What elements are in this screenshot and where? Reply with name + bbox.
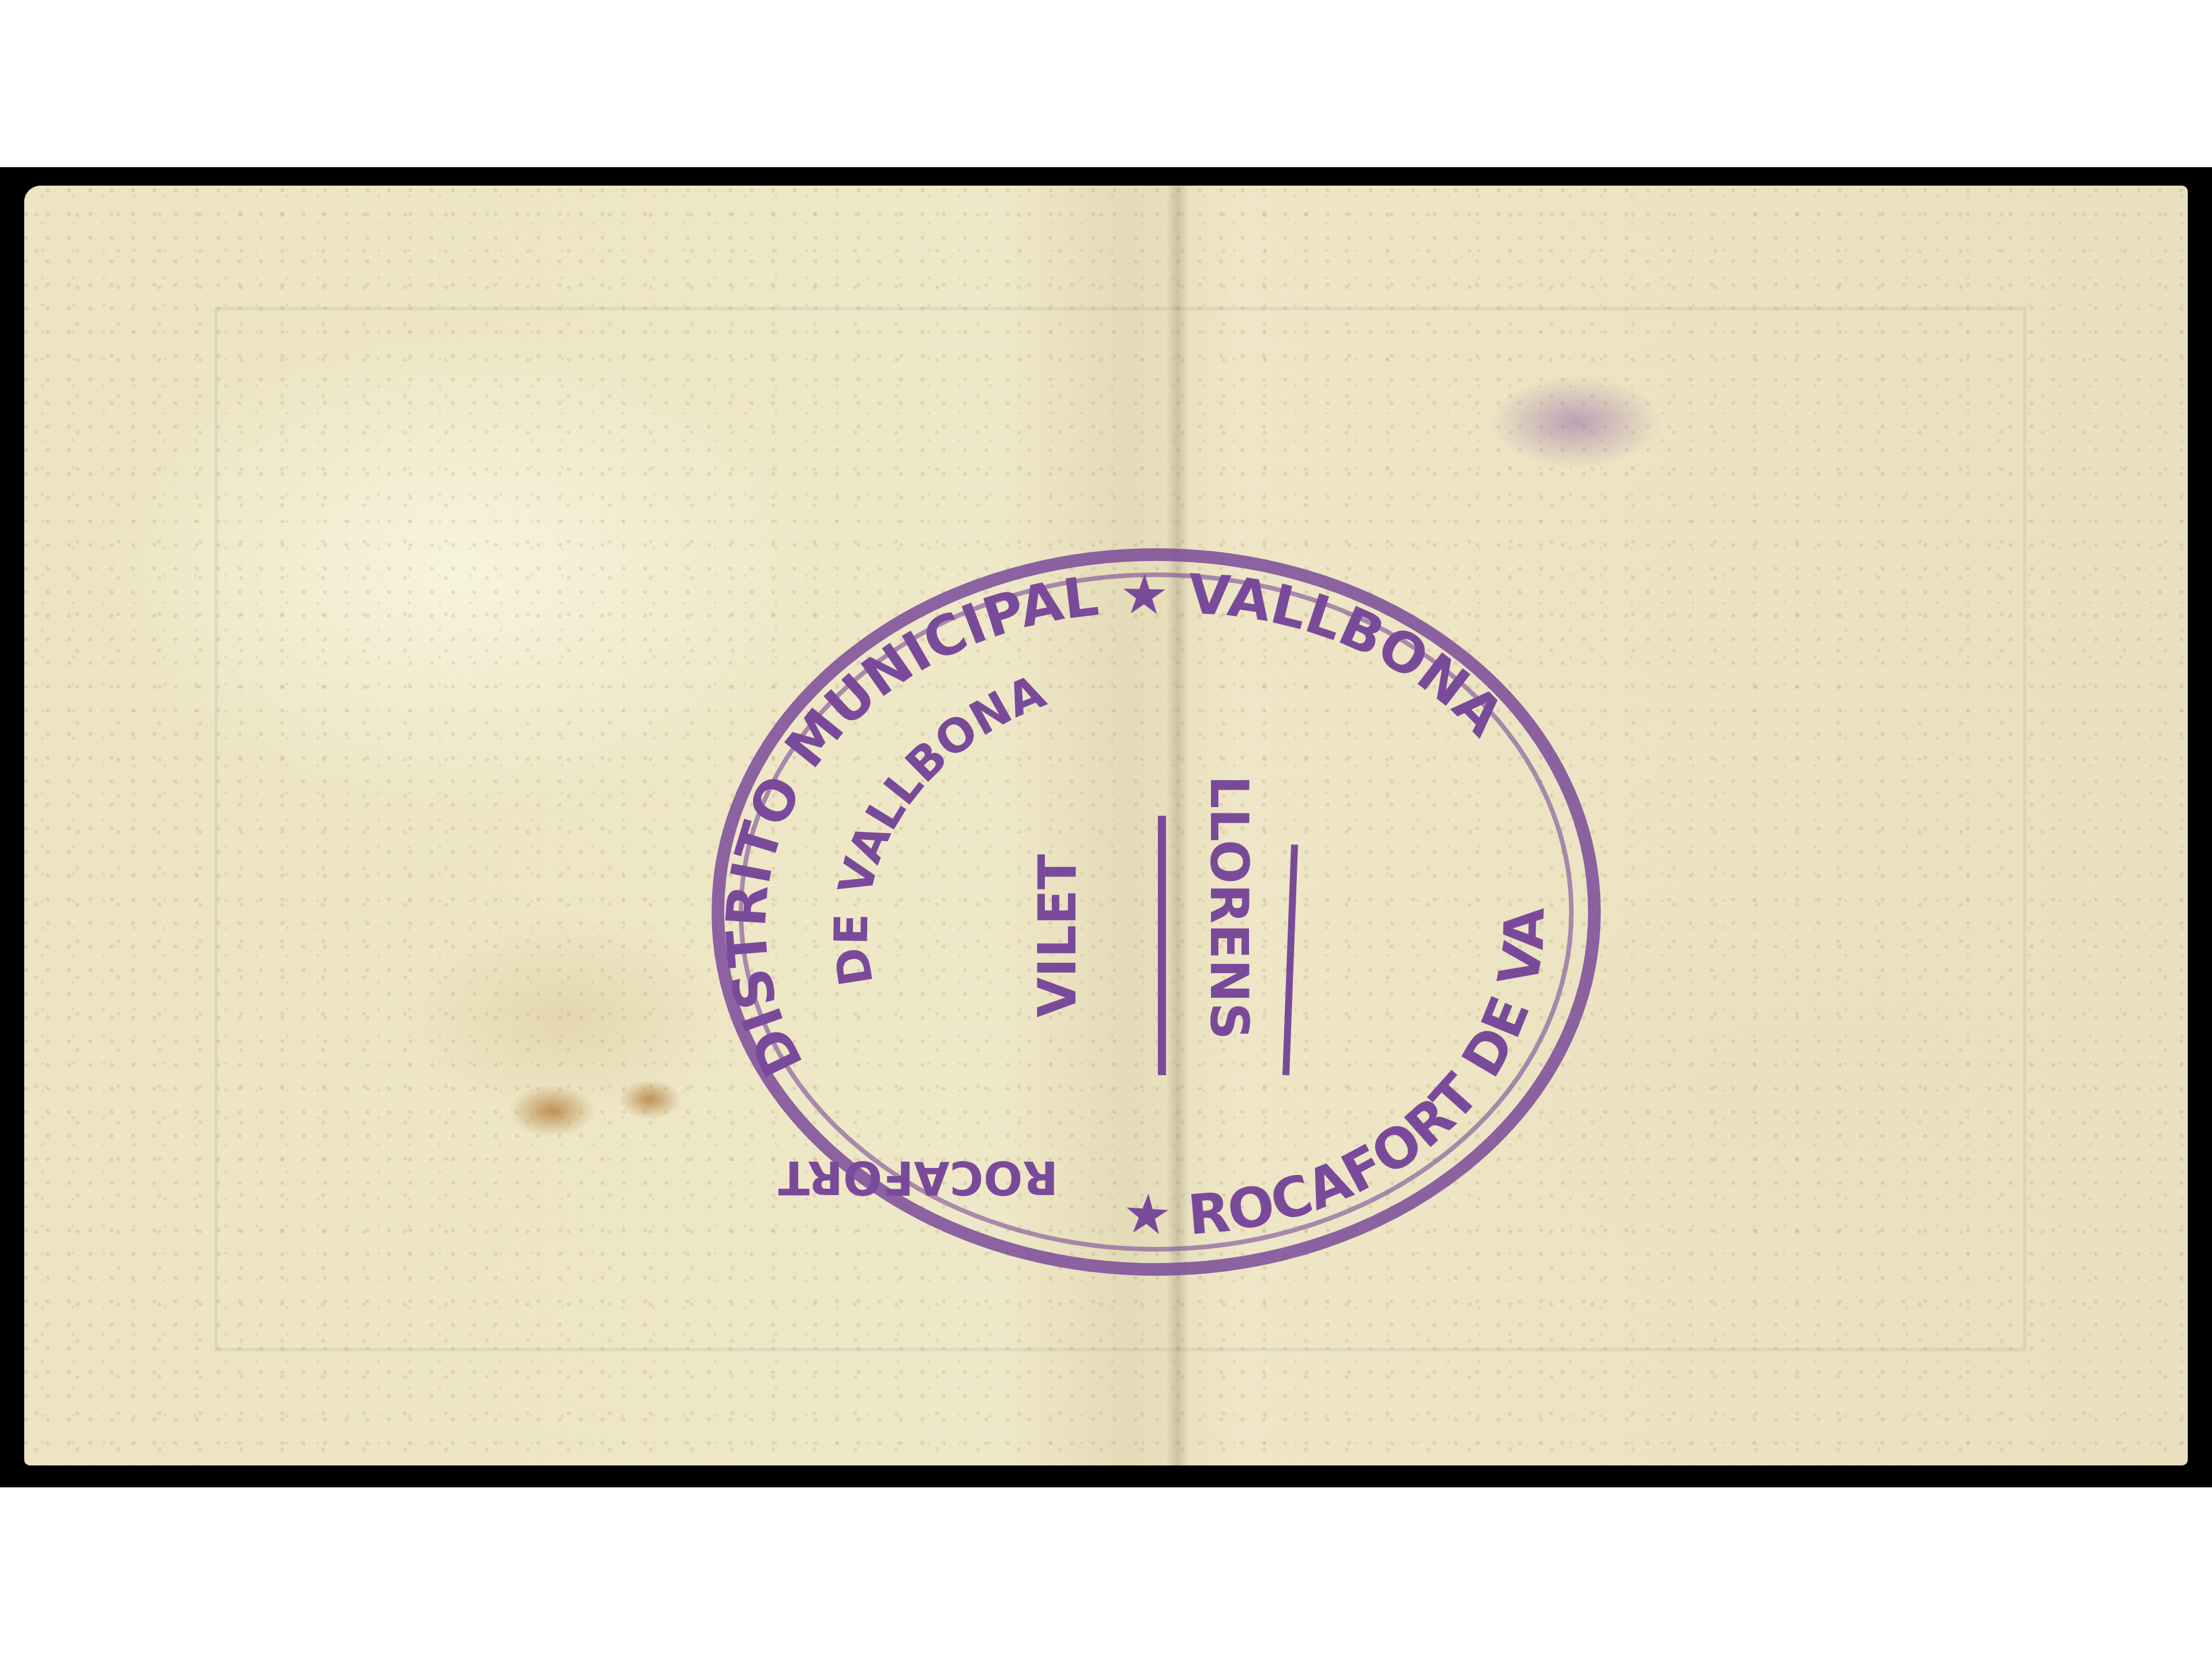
rust-stain <box>509 1085 595 1137</box>
ink-smudge <box>1489 376 1662 468</box>
oval-municipal-stamp: DISTRITO MUNICIPAL ★ VALLBONA ★ ROCAFORT… <box>706 545 1606 1280</box>
stamp-signature-line <box>1286 845 1295 1075</box>
stamp-outer-top-text: DISTRITO MUNICIPAL ★ VALLBONA <box>715 563 1516 1086</box>
stamp-center-left-text: VILET <box>1028 854 1088 1018</box>
rust-stain <box>618 1079 682 1120</box>
stamp-center-right-text: LLORENS <box>1198 775 1259 1040</box>
stamp-inner-bottom-text: ROCAFORT <box>778 1151 1058 1204</box>
